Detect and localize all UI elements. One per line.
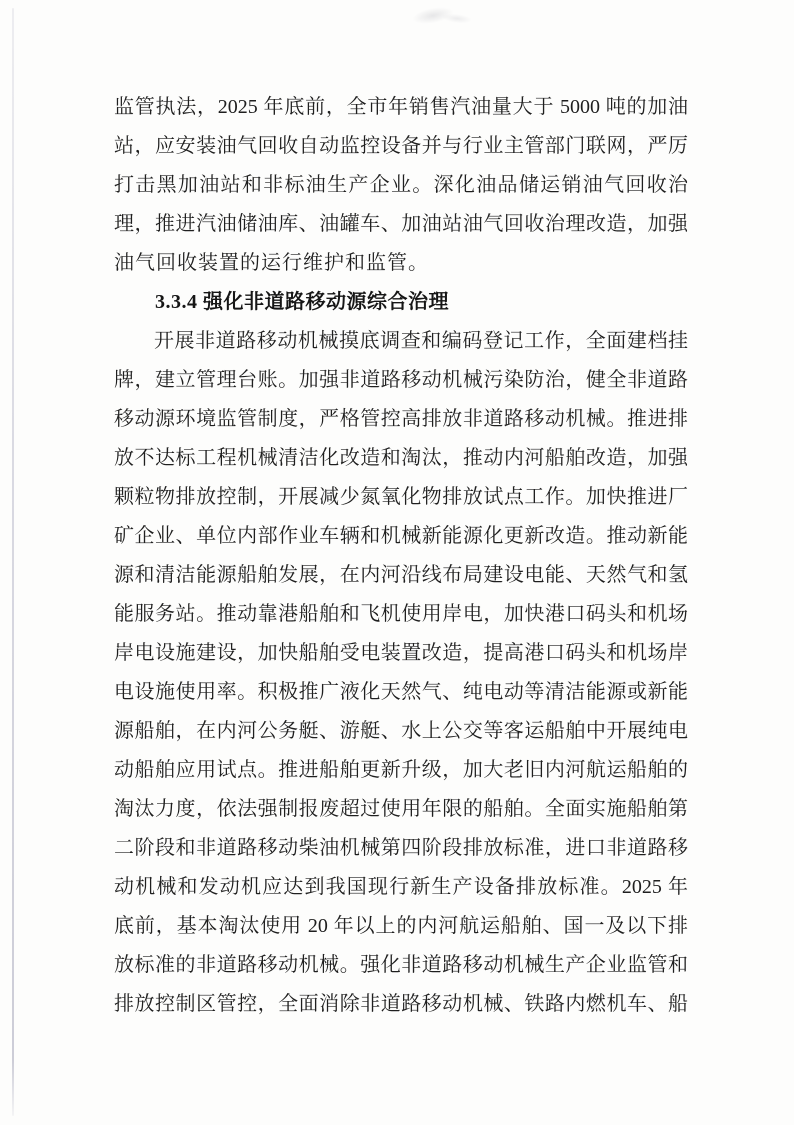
paragraph-nonroad-mobile-sources-line-1: 开展非道路移动机械摸底调查和编码登记工作，全面建档挂 xyxy=(114,322,688,361)
paragraph-nonroad-mobile-sources-line-13: 淘汰力度，依法强制报废超过使用年限的船舶。全面实施船舶第 xyxy=(114,790,688,829)
paragraph-nonroad-mobile-sources-line-5: 颗粒物排放控制，开展减少氮氧化物排放试点工作。加快推进厂 xyxy=(114,478,688,517)
paragraph-oil-vapor-recovery-line-1: 监管执法，2025 年底前，全市年销售汽油量大于 5000 吨的加油 xyxy=(114,88,688,127)
paragraph-nonroad-mobile-sources-line-4: 放不达标工程机械清洁化改造和淘汰，推动内河船舶改造，加强 xyxy=(114,439,688,478)
paragraph-nonroad-mobile-sources-line-18: 排放控制区管控，全面消除非道路移动机械、铁路内燃机车、船 xyxy=(114,985,688,1024)
paragraph-oil-vapor-recovery: 监管执法，2025 年底前，全市年销售汽油量大于 5000 吨的加油站，应安装油… xyxy=(114,88,688,283)
paragraph-nonroad-mobile-sources-line-7: 源和清洁能源船舶发展，在内河沿线布局建设电能、天然气和氢 xyxy=(114,556,688,595)
paragraph-oil-vapor-recovery-line-2: 站，应安装油气回收自动监控设备并与行业主管部门联网，严厉 xyxy=(114,127,688,166)
paragraph-nonroad-mobile-sources-line-9: 岸电设施建设，加快船舶受电装置改造，提高港口码头和机场岸 xyxy=(114,634,688,673)
scan-smudge-artifact xyxy=(442,12,473,24)
paragraph-oil-vapor-recovery-line-5: 油气回收装置的运行维护和监管。 xyxy=(114,244,688,283)
scanned-document-page: 监管执法，2025 年底前，全市年销售汽油量大于 5000 吨的加油站，应安装油… xyxy=(0,0,794,1125)
paragraph-nonroad-mobile-sources-line-17: 放标准的非道路移动机械。强化非道路移动机械生产企业监管和 xyxy=(114,946,688,985)
paragraph-nonroad-mobile-sources-line-2: 牌，建立管理台账。加强非道路移动机械污染防治，健全非道路 xyxy=(114,361,688,400)
paragraph-oil-vapor-recovery-line-4: 理，推进汽油储油库、油罐车、加油站油气回收治理改造，加强 xyxy=(114,205,688,244)
document-text-block: 监管执法，2025 年底前，全市年销售汽油量大于 5000 吨的加油站，应安装油… xyxy=(114,88,688,1024)
paragraph-nonroad-mobile-sources-line-8: 能服务站。推动靠港船舶和飞机使用岸电，加快港口码头和机场 xyxy=(114,595,688,634)
paragraph-nonroad-mobile-sources-line-10: 电设施使用率。积极推广液化天然气、纯电动等清洁能源或新能 xyxy=(114,673,688,712)
paragraph-nonroad-mobile-sources: 开展非道路移动机械摸底调查和编码登记工作，全面建档挂牌，建立管理台账。加强非道路… xyxy=(114,322,688,1024)
paragraph-nonroad-mobile-sources-line-12: 动船舶应用试点。推进船舶更新升级，加大老旧内河航运船舶的 xyxy=(114,751,688,790)
paragraph-nonroad-mobile-sources-line-6: 矿企业、单位内部作业车辆和机械新能源化更新改造。推动新能 xyxy=(114,517,688,556)
section-heading: 3.3.4 强化非道路移动源综合治理 xyxy=(114,283,688,322)
paragraph-nonroad-mobile-sources-line-16: 底前，基本淘汰使用 20 年以上的内河航运船舶、国一及以下排 xyxy=(114,907,688,946)
paragraph-nonroad-mobile-sources-line-15: 动机械和发动机应达到我国现行新生产设备排放标准。2025 年 xyxy=(114,868,688,907)
paragraph-oil-vapor-recovery-line-3: 打击黑加油站和非标油生产企业。深化油品储运销油气回收治 xyxy=(114,166,688,205)
paragraph-nonroad-mobile-sources-line-14: 二阶段和非道路移动柴油机械第四阶段排放标准，进口非道路移 xyxy=(114,829,688,868)
paragraph-nonroad-mobile-sources-line-3: 移动源环境监管制度，严格管控高排放非道路移动机械。推进排 xyxy=(114,400,688,439)
paragraph-nonroad-mobile-sources-line-11: 源船舶，在内河公务艇、游艇、水上公交等客运船舶中开展纯电 xyxy=(114,712,688,751)
scan-edge-line-artifact xyxy=(12,8,14,1116)
